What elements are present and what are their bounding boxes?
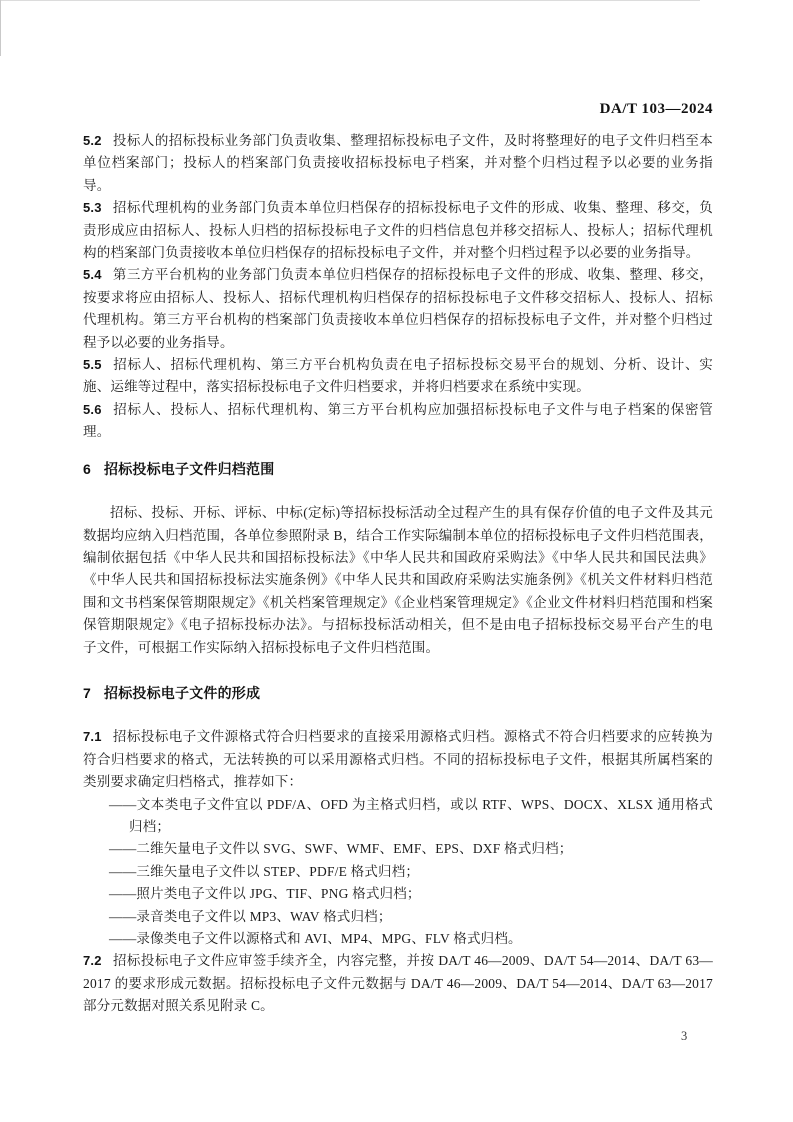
section-7-heading: 7招标投标电子文件的形成 — [83, 682, 713, 704]
clause-number: 5.2 — [83, 133, 102, 148]
format-bullet-photo: ——照片类电子文件以 JPG、TIF、PNG 格式归档； — [83, 883, 713, 905]
section-6-paragraph: 招标、投标、开标、评标、中标(定标)等招标投标活动全过程产生的具有保存价值的电子… — [83, 502, 713, 659]
format-bullet-3d-vector: ——三维矢量电子文件以 STEP、PDF/E 格式归档； — [83, 861, 713, 883]
clause-5-3: 5.3招标代理机构的业务部门负责本单位归档保存的招标投标电子文件的形成、收集、整… — [83, 197, 713, 264]
clause-text: 招标投标电子文件源格式符合归档要求的直接采用源格式归档。源格式不符合归档要求的应… — [83, 729, 713, 789]
clause-5-2: 5.2投标人的招标投标业务部门负责收集、整理招标投标电子文件，及时将整理好的电子… — [83, 130, 713, 197]
clause-7-2: 7.2招标投标电子文件应审签手续齐全，内容完整，并按 DA/T 46—2009、… — [83, 950, 713, 1017]
clause-text: 招标投标电子文件应审签手续齐全，内容完整，并按 DA/T 46—2009、DA/… — [83, 953, 713, 1013]
section-6-heading: 6招标投标电子文件归档范围 — [83, 458, 713, 480]
format-bullet-text: ——文本类电子文件宜以 PDF/A、OFD 为主格式归档，或以 RTF、WPS、… — [83, 794, 713, 839]
section-title: 招标投标电子文件归档范围 — [104, 461, 274, 477]
section-number: 7 — [83, 685, 91, 701]
clause-number: 5.6 — [83, 402, 102, 417]
clause-number: 5.5 — [83, 357, 102, 372]
clause-5-5: 5.5招标人、招标代理机构、第三方平台机构负责在电子招标投标交易平台的规划、分析… — [83, 354, 713, 399]
scan-artifact-left-line — [0, 0, 1, 56]
clause-text: 招标代理机构的业务部门负责本单位归档保存的招标投标电子文件的形成、收集、整理、移… — [83, 200, 713, 260]
clause-5-6: 5.6招标人、投标人、招标代理机构、第三方平台机构应加强招标投标电子文件与电子档… — [83, 399, 713, 444]
page-content: DA/T 103—2024 5.2投标人的招标投标业务部门负责收集、整理招标投标… — [83, 97, 713, 1018]
clause-number: 5.4 — [83, 267, 102, 282]
clause-number: 7.1 — [83, 729, 102, 744]
clause-7-1: 7.1招标投标电子文件源格式符合归档要求的直接采用源格式归档。源格式不符合归档要… — [83, 726, 713, 793]
standard-number-header: DA/T 103—2024 — [83, 97, 713, 121]
clause-text: 招标人、招标代理机构、第三方平台机构负责在电子招标投标交易平台的规划、分析、设计… — [83, 357, 713, 394]
clause-number: 5.3 — [83, 200, 102, 215]
document-page: DA/T 103—2024 5.2投标人的招标投标业务部门负责收集、整理招标投标… — [0, 0, 793, 1122]
clause-number: 7.2 — [83, 953, 102, 968]
page-number: 3 — [681, 1029, 687, 1044]
section-title: 招标投标电子文件的形成 — [104, 685, 260, 701]
clause-5-4: 5.4第三方平台机构的业务部门负责本单位归档保存的招标投标电子文件的形成、收集、… — [83, 264, 713, 354]
clause-text: 第三方平台机构的业务部门负责本单位归档保存的招标投标电子文件的形成、收集、整理、… — [83, 267, 713, 349]
scan-artifact-top-line — [0, 0, 700, 1]
clause-text: 招标人、投标人、招标代理机构、第三方平台机构应加强招标投标电子文件与电子档案的保… — [83, 402, 713, 439]
format-bullet-audio: ——录音类电子文件以 MP3、WAV 格式归档； — [83, 906, 713, 928]
clause-text: 投标人的招标投标业务部门负责收集、整理招标投标电子文件，及时将整理好的电子文件归… — [83, 133, 713, 193]
format-bullet-2d-vector: ——二维矢量电子文件以 SVG、SWF、WMF、EMF、EPS、DXF 格式归档… — [83, 838, 713, 860]
section-number: 6 — [83, 461, 91, 477]
format-bullet-video: ——录像类电子文件以源格式和 AVI、MP4、MPG、FLV 格式归档。 — [83, 928, 713, 950]
